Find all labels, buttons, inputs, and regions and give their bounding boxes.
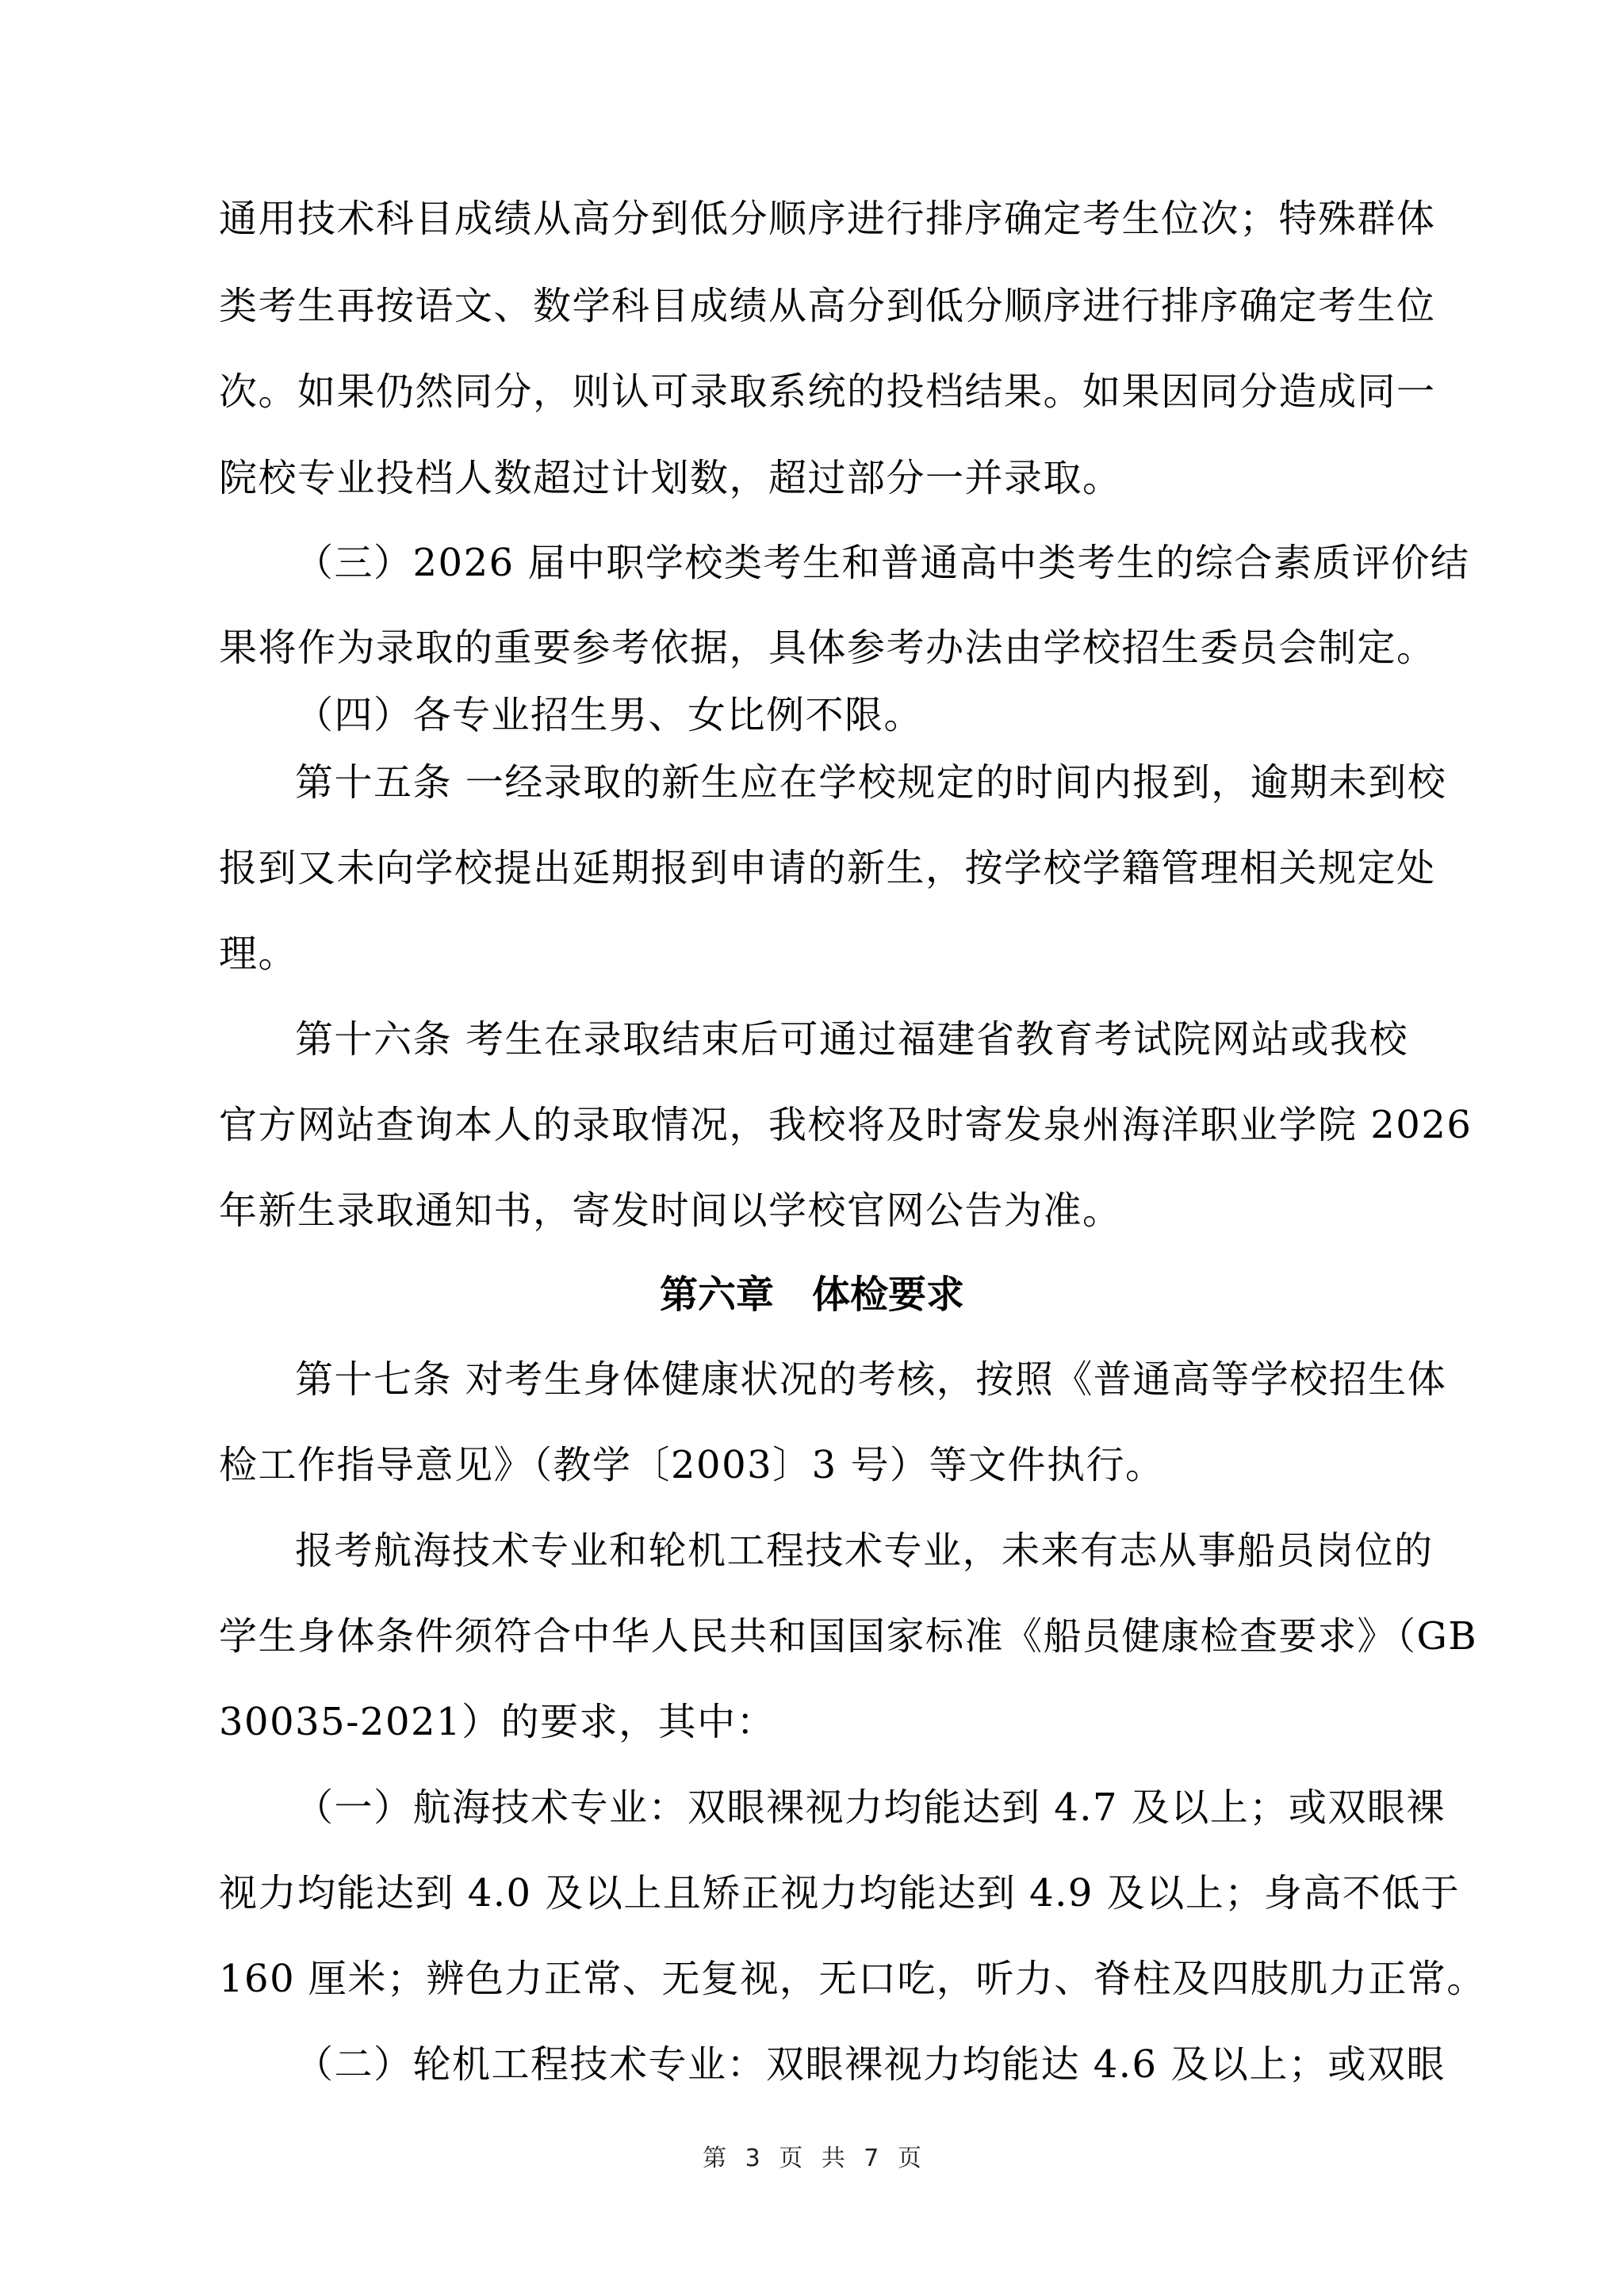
page-footer: 第 3 页 共 7 页 xyxy=(0,2145,1624,2173)
text-line: 视力均能达到 4.0 及以上且矫正视力均能达到 4.9 及以上；身高不低于 xyxy=(219,1871,1408,1915)
text-line: （一）航海技术专业：双眼裸视力均能达到 4.7 及以上；或双眼裸 xyxy=(295,1785,1408,1830)
text-line: （二）轮机工程技术专业：双眼裸视力均能达 4.6 及以上；或双眼 xyxy=(295,2042,1408,2087)
chapter-heading: 第六章体检要求 xyxy=(0,1272,1624,1317)
text-line: 报考航海技术专业和轮机工程技术专业，未来有志从事船员岗位的 xyxy=(295,1529,1408,1573)
text-line: 果将作为录取的重要参考依据，具体参考办法由学校招生委员会制定。 xyxy=(219,626,1408,670)
text-line: 160 厘米；辨色力正常、无复视，无口吃，听力、脊柱及四肢肌力正常。 xyxy=(219,1957,1408,2001)
text-line: 检工作指导意见》（教学〔2003〕3 号）等文件执行。 xyxy=(219,1443,1408,1487)
text-line: 学生身体条件须符合中华人民共和国国家标准《船员健康检查要求》（GB xyxy=(219,1614,1408,1659)
text-line: 类考生再按语文、数学科目成绩从高分到低分顺序进行排序确定考生位 xyxy=(219,284,1408,328)
text-line: 院校专业投档人数超过计划数，超过部分一并录取。 xyxy=(219,456,1408,500)
text-line: 官方网站查询本人的录取情况，我校将及时寄发泉州海洋职业学院 2026 xyxy=(219,1103,1408,1147)
text-line: 年新生录取通知书，寄发时间以学校官网公告为准。 xyxy=(219,1188,1408,1233)
text-line: 30035-2021）的要求，其中： xyxy=(219,1700,1408,1744)
chapter-title: 体检要求 xyxy=(812,1272,964,1317)
text-line: 报到又未向学校提出延期报到申请的新生，按学校学籍管理相关规定处 xyxy=(219,846,1408,890)
text-line: 通用技术科目成绩从高分到低分顺序进行排序确定考生位次；特殊群体 xyxy=(219,197,1408,241)
document-page: 通用技术科目成绩从高分到低分顺序进行排序确定考生位次；特殊群体类考生再按语文、数… xyxy=(0,0,1624,2296)
text-line: 理。 xyxy=(219,932,1408,976)
text-line: 第十六条 考生在录取结束后可通过福建省教育考试院网站或我校 xyxy=(295,1017,1408,1062)
chapter-number: 第六章 xyxy=(660,1272,774,1317)
text-line: （三）2026 届中职学校类考生和普通高中类考生的综合素质评价结 xyxy=(295,541,1408,585)
text-line: （四）各专业招生男、女比例不限。 xyxy=(295,693,1408,737)
text-line: 第十七条 对考生身体健康状况的考核，按照《普通高等学校招生体 xyxy=(295,1357,1408,1402)
text-line: 次。如果仍然同分，则认可录取系统的投档结果。如果因同分造成同一 xyxy=(219,369,1408,414)
text-line: 第十五条 一经录取的新生应在学校规定的时间内报到，逾期未到校 xyxy=(295,760,1408,805)
